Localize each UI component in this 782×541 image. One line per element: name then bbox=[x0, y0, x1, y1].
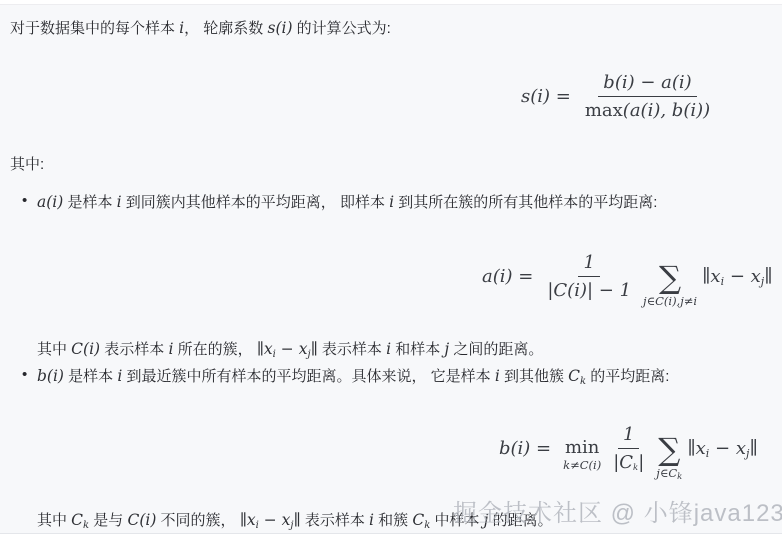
sum-subscript: j∈Ck bbox=[656, 467, 682, 479]
where-label: 其中: bbox=[10, 154, 44, 176]
sum-operator: ∑ j∈Ck bbox=[656, 435, 682, 479]
formula-lhs: b(i) = bbox=[499, 438, 551, 459]
max-args: (a(i), b(i)) bbox=[623, 100, 710, 121]
formula-a: a(i) = 1 |C(i)| − 1 ∑ j∈C(i),j≠i ∥xi − x… bbox=[482, 252, 773, 301]
formula-body: ∥xi − xj∥ bbox=[687, 438, 757, 459]
bullet-icon: • bbox=[22, 364, 27, 386]
sum-operator: ∑ j∈C(i),j≠i bbox=[643, 263, 697, 307]
fraction-numerator: 1 bbox=[578, 252, 599, 277]
bullet-icon: • bbox=[22, 190, 27, 212]
fraction-denominator: |C(i)| − 1 bbox=[542, 277, 636, 301]
sigma-icon: ∑ bbox=[658, 435, 680, 465]
max-operator: max bbox=[585, 100, 623, 121]
formula-silhouette: s(i) = b(i) − a(i) max(a(i), b(i)) bbox=[521, 72, 717, 121]
fraction: b(i) − a(i) max(a(i), b(i)) bbox=[580, 72, 715, 121]
sum-subscript: j∈C(i),j≠i bbox=[643, 295, 697, 307]
fraction-numerator: b(i) − a(i) bbox=[598, 72, 696, 97]
min-label: min bbox=[565, 438, 599, 457]
bullet-a-text: a(i) 是样本 i 到同簇内其他样本的平均距离， 即样本 i 到其所在簇的所有… bbox=[37, 194, 657, 211]
bullet-item-b: •b(i) 是样本 i 到最近簇中所有样本的平均距离。具体来说， 它是样本 i … bbox=[37, 365, 669, 388]
sigma-icon: ∑ bbox=[659, 263, 681, 293]
formula-body: ∥xi − xj∥ bbox=[702, 266, 772, 287]
note-a-paragraph: 其中 C(i) 表示样本 i 所在的簇， ∥xi − xj∥ 表示样本 i 和样… bbox=[37, 338, 543, 361]
fraction: 1 |Ck| bbox=[608, 424, 649, 473]
min-subscript: k≠C(i) bbox=[563, 459, 601, 471]
bullet-b-text: b(i) 是样本 i 到最近簇中所有样本的平均距离。具体来说， 它是样本 i 到… bbox=[37, 368, 669, 385]
formula-lhs: s(i) = bbox=[521, 86, 571, 107]
intro-paragraph: 对于数据集中的每个样本 i， 轮廓系数 s(i) 的计算公式为: bbox=[10, 17, 391, 40]
fraction-numerator: 1 bbox=[618, 424, 639, 449]
watermark: 掘金技术社区 @ 小锋java1234 bbox=[453, 493, 782, 528]
fraction: 1 |C(i)| − 1 bbox=[542, 252, 636, 301]
fraction-denominator: |Ck| bbox=[608, 449, 649, 473]
bullet-item-a: •a(i) 是样本 i 到同簇内其他样本的平均距离， 即样本 i 到其所在簇的所… bbox=[37, 191, 657, 214]
formula-lhs: a(i) = bbox=[482, 266, 533, 287]
formula-b: b(i) = min k≠C(i) 1 |Ck| ∑ j∈Ck ∥xi − xj… bbox=[499, 424, 758, 473]
min-operator: min k≠C(i) bbox=[563, 438, 601, 471]
fraction-denominator: max(a(i), b(i)) bbox=[580, 97, 715, 121]
